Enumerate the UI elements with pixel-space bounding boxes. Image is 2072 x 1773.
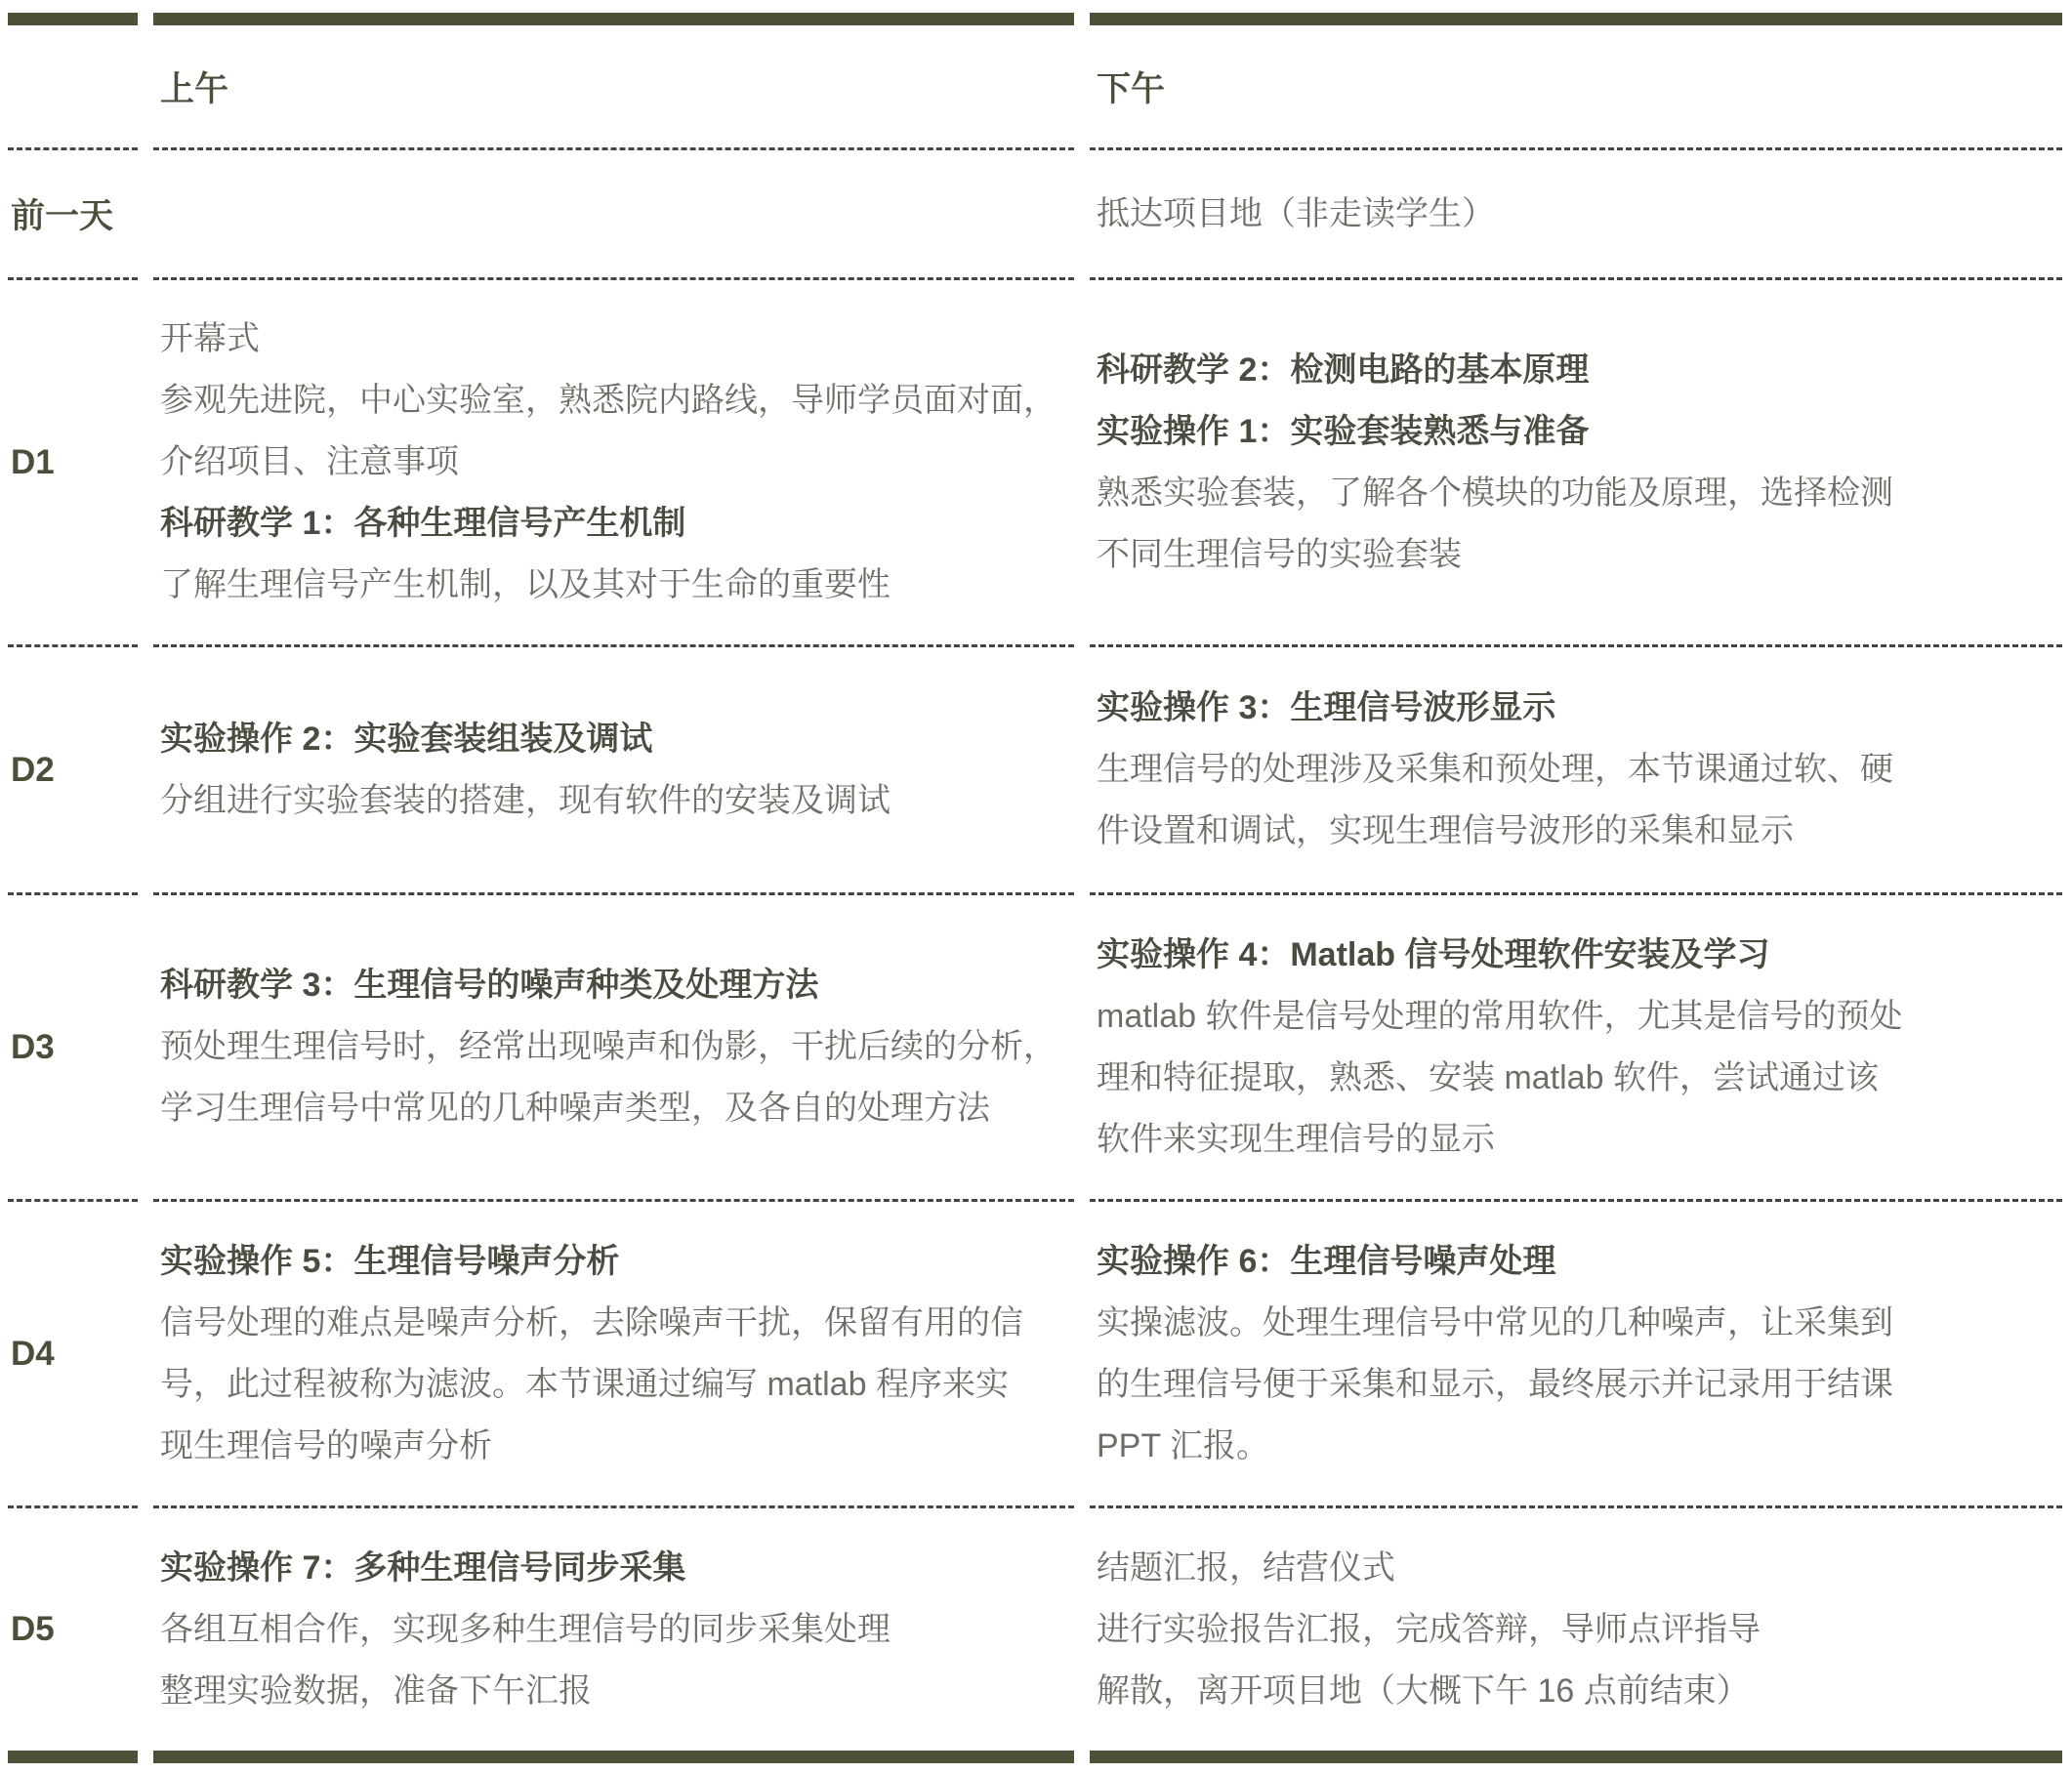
- afternoon-cell: 实验操作 4：Matlab 信号处理软件安装及学习matlab 软件是信号处理的…: [1090, 895, 2062, 1202]
- schedule-line: 的生理信号便于采集和显示，最终展示并记录用于结课: [1097, 1354, 2062, 1416]
- day-label: 前一天: [8, 189, 138, 238]
- day-label: D2: [8, 751, 138, 790]
- schedule-line: 实验操作 4：Matlab 信号处理软件安装及学习: [1097, 925, 2062, 986]
- schedule-line: 解散，离开项目地（大概下午 16 点前结束）: [1097, 1661, 2062, 1722]
- schedule-line: 开幕式: [160, 309, 1074, 370]
- schedule-line: 实验操作 5：生理信号噪声分析: [160, 1231, 1074, 1293]
- schedule-line: 介绍项目、注意事项: [160, 432, 1074, 493]
- morning-cell: 实验操作 7：多种生理信号同步采集各组互相合作，实现多种生理信号的同步采集处理整…: [153, 1508, 1074, 1763]
- schedule-line: 各组互相合作，实现多种生理信号的同步采集处理: [160, 1599, 1074, 1661]
- column-header-afternoon-cell: 下午: [1090, 13, 2062, 150]
- day-label-cell: D4: [8, 1202, 138, 1508]
- schedule-line: 号，此过程被称为滤波。本节课通过编写 matlab 程序来实: [160, 1354, 1074, 1416]
- schedule-line: 件设置和调试，实现生理信号波形的采集和显示: [1097, 801, 2062, 862]
- schedule-line: 软件来实现生理信号的显示: [1097, 1109, 2062, 1171]
- schedule-line: 熟悉实验套装，了解各个模块的功能及原理，选择检测: [1097, 463, 2062, 524]
- corner-cell: [8, 13, 138, 150]
- schedule-line: 学习生理信号中常见的几种噪声类型，及各自的处理方法: [160, 1078, 1074, 1139]
- schedule-line: 科研教学 2：检测电路的基本原理: [1097, 340, 2062, 401]
- schedule-line: 不同生理信号的实验套装: [1097, 524, 2062, 586]
- schedule-line: 进行实验报告汇报，完成答辩，导师点评指导: [1097, 1599, 2062, 1661]
- schedule-line: 结题汇报，结营仪式: [1097, 1538, 2062, 1599]
- morning-cell: 实验操作 5：生理信号噪声分析信号处理的难点是噪声分析，去除噪声干扰，保留有用的…: [153, 1202, 1074, 1508]
- schedule-line: 抵达项目地（非走读学生）: [1097, 184, 2062, 245]
- day-label-cell: D3: [8, 895, 138, 1202]
- schedule-line: 理和特征提取，熟悉、安装 matlab 软件，尝试通过该: [1097, 1048, 2062, 1109]
- column-header-morning: 上午: [153, 62, 1074, 111]
- afternoon-cell: 科研教学 2：检测电路的基本原理实验操作 1：实验套装熟悉与准备熟悉实验套装，了…: [1090, 280, 2062, 647]
- day-label-cell: D2: [8, 647, 138, 895]
- column-header-afternoon: 下午: [1090, 62, 2062, 111]
- day-label: D5: [8, 1610, 138, 1649]
- afternoon-cell: 结题汇报，结营仪式进行实验报告汇报，完成答辩，导师点评指导解散，离开项目地（大概…: [1090, 1508, 2062, 1763]
- schedule-line: 信号处理的难点是噪声分析，去除噪声干扰，保留有用的信: [160, 1293, 1074, 1354]
- schedule-line: 了解生理信号产生机制，以及其对于生命的重要性: [160, 555, 1074, 616]
- afternoon-cell: 实验操作 3：生理信号波形显示生理信号的处理涉及采集和预处理，本节课通过软、硬件…: [1090, 647, 2062, 895]
- day-label: D1: [8, 443, 138, 482]
- schedule-line: 整理实验数据，准备下午汇报: [160, 1661, 1074, 1722]
- schedule-line: 生理信号的处理涉及采集和预处理，本节课通过软、硬: [1097, 739, 2062, 801]
- day-label-cell: D5: [8, 1508, 138, 1763]
- schedule-line: 分组进行实验套装的搭建，现有软件的安装及调试: [160, 770, 1074, 832]
- day-label-cell: 前一天: [8, 150, 138, 280]
- schedule-line: 现生理信号的噪声分析: [160, 1416, 1074, 1477]
- schedule-line: 预处理生理信号时，经常出现噪声和伪影，干扰后续的分析，: [160, 1016, 1074, 1078]
- morning-cell: 开幕式参观先进院，中心实验室，熟悉院内路线，导师学员面对面，介绍项目、注意事项科…: [153, 280, 1074, 647]
- schedule-line: 科研教学 3：生理信号的噪声种类及处理方法: [160, 955, 1074, 1016]
- morning-cell: 科研教学 3：生理信号的噪声种类及处理方法预处理生理信号时，经常出现噪声和伪影，…: [153, 895, 1074, 1202]
- schedule-line: 实验操作 7：多种生理信号同步采集: [160, 1538, 1074, 1599]
- schedule-line: 实验操作 6：生理信号噪声处理: [1097, 1231, 2062, 1293]
- schedule-line: 科研教学 1：各种生理信号产生机制: [160, 493, 1074, 555]
- day-label: D4: [8, 1335, 138, 1374]
- schedule-line: matlab 软件是信号处理的常用软件，尤其是信号的预处: [1097, 986, 2062, 1048]
- schedule-document: 上午 下午 前一天抵达项目地（非走读学生）D1开幕式参观先进院，中心实验室，熟悉…: [0, 0, 2072, 1773]
- morning-cell: [153, 150, 1074, 280]
- schedule-line: PPT 汇报。: [1097, 1416, 2062, 1477]
- afternoon-cell: 实验操作 6：生理信号噪声处理实操滤波。处理生理信号中常见的几种噪声，让采集到的…: [1090, 1202, 2062, 1508]
- afternoon-cell: 抵达项目地（非走读学生）: [1090, 150, 2062, 280]
- schedule-line: 实验操作 3：生理信号波形显示: [1097, 678, 2062, 739]
- column-header-morning-cell: 上午: [153, 13, 1074, 150]
- schedule-line: 实验操作 1：实验套装熟悉与准备: [1097, 401, 2062, 463]
- schedule-line: 实验操作 2：实验套装组装及调试: [160, 709, 1074, 770]
- morning-cell: 实验操作 2：实验套装组装及调试分组进行实验套装的搭建，现有软件的安装及调试: [153, 647, 1074, 895]
- schedule-table: 上午 下午 前一天抵达项目地（非走读学生）D1开幕式参观先进院，中心实验室，熟悉…: [8, 13, 2062, 1763]
- day-label: D3: [8, 1028, 138, 1067]
- schedule-line: 参观先进院，中心实验室，熟悉院内路线，导师学员面对面，: [160, 370, 1074, 432]
- schedule-line: 实操滤波。处理生理信号中常见的几种噪声，让采集到: [1097, 1293, 2062, 1354]
- day-label-cell: D1: [8, 280, 138, 647]
